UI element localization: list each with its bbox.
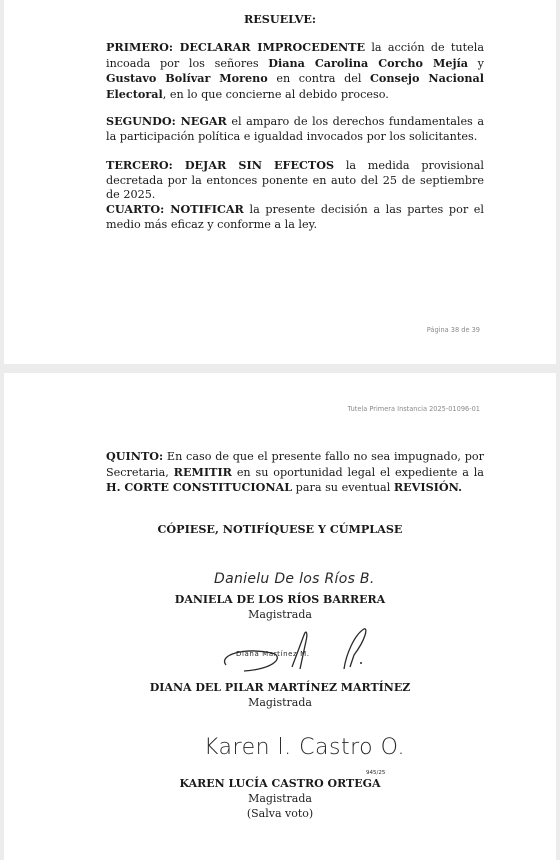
signatory-name-3: KAREN LUCÍA CASTRO ORTEGA: [4, 777, 556, 790]
cuarto-label: CUARTO: NOTIFICAR: [106, 202, 244, 216]
signatory-role-2: Magistrada: [4, 696, 556, 709]
quinto-court: H. CORTE CONSTITUCIONAL: [106, 480, 292, 494]
dissent-note: (Salva voto): [4, 807, 556, 820]
signatory-name-2: DIANA DEL PILAR MARTÍNEZ MARTÍNEZ: [4, 681, 556, 694]
signature-karen: Karen l. Castro O.: [204, 735, 405, 760]
segundo-label: SEGUNDO: NEGAR: [106, 114, 227, 128]
resuelve-heading: RESUELVE:: [4, 12, 556, 26]
signatory-name-1: DANIELA DE LOS RÍOS BARRERA: [4, 593, 556, 606]
closing-formula: CÓPIESE, NOTIFÍQUESE Y CÚMPLASE: [4, 522, 556, 536]
quinto-label: QUINTO:: [106, 449, 163, 463]
primero-label: PRIMERO: DECLARAR IMPROCEDENTE: [106, 40, 365, 54]
primero-text-3: en contra del: [268, 72, 370, 85]
quinto-text-2: en su oportunidad legal el expediente a …: [232, 466, 484, 479]
tercero-label: TERCERO: DEJAR SIN EFECTOS: [106, 158, 334, 172]
paragraph-cuarto: CUARTO: NOTIFICAR la presente decisión a…: [106, 202, 484, 232]
signature-diana: Diana Martínez M.: [236, 650, 310, 658]
case-reference-header: Tutela Primera Instancia 2025-01096-01: [348, 405, 480, 413]
primero-text-2: y: [468, 57, 484, 70]
signatory-role-3: Magistrada: [4, 792, 556, 805]
document-page-38: RESUELVE: PRIMERO: DECLARAR IMPROCEDENTE…: [4, 0, 556, 364]
petitioner-name-1: Diana Carolina Corcho Mejía: [268, 56, 468, 70]
primero-text-4: , en lo que concierne al debido proceso.: [163, 88, 389, 101]
page-number: Página 38 de 39: [427, 326, 480, 334]
paragraph-tercero: TERCERO: DEJAR SIN EFECTOS la medida pro…: [106, 158, 484, 203]
quinto-text-3: para su eventual: [292, 481, 394, 494]
signatory-role-1: Magistrada: [4, 608, 556, 621]
paragraph-segundo: SEGUNDO: NEGAR el amparo de los derechos…: [106, 114, 484, 144]
signature-daniela: Danielu De los Ríos B.: [214, 571, 375, 587]
paragraph-quinto: QUINTO: En caso de que el presente fallo…: [106, 449, 484, 496]
paragraph-primero: PRIMERO: DECLARAR IMPROCEDENTE la acción…: [106, 40, 484, 102]
signature-note: 945/25: [366, 770, 385, 776]
petitioner-name-2: Gustavo Bolívar Moreno: [106, 71, 268, 85]
quinto-remitir: REMITIR: [174, 465, 232, 479]
document-page-39: Tutela Primera Instancia 2025-01096-01 Q…: [4, 373, 556, 860]
quinto-revision: REVISIÓN.: [394, 480, 462, 494]
